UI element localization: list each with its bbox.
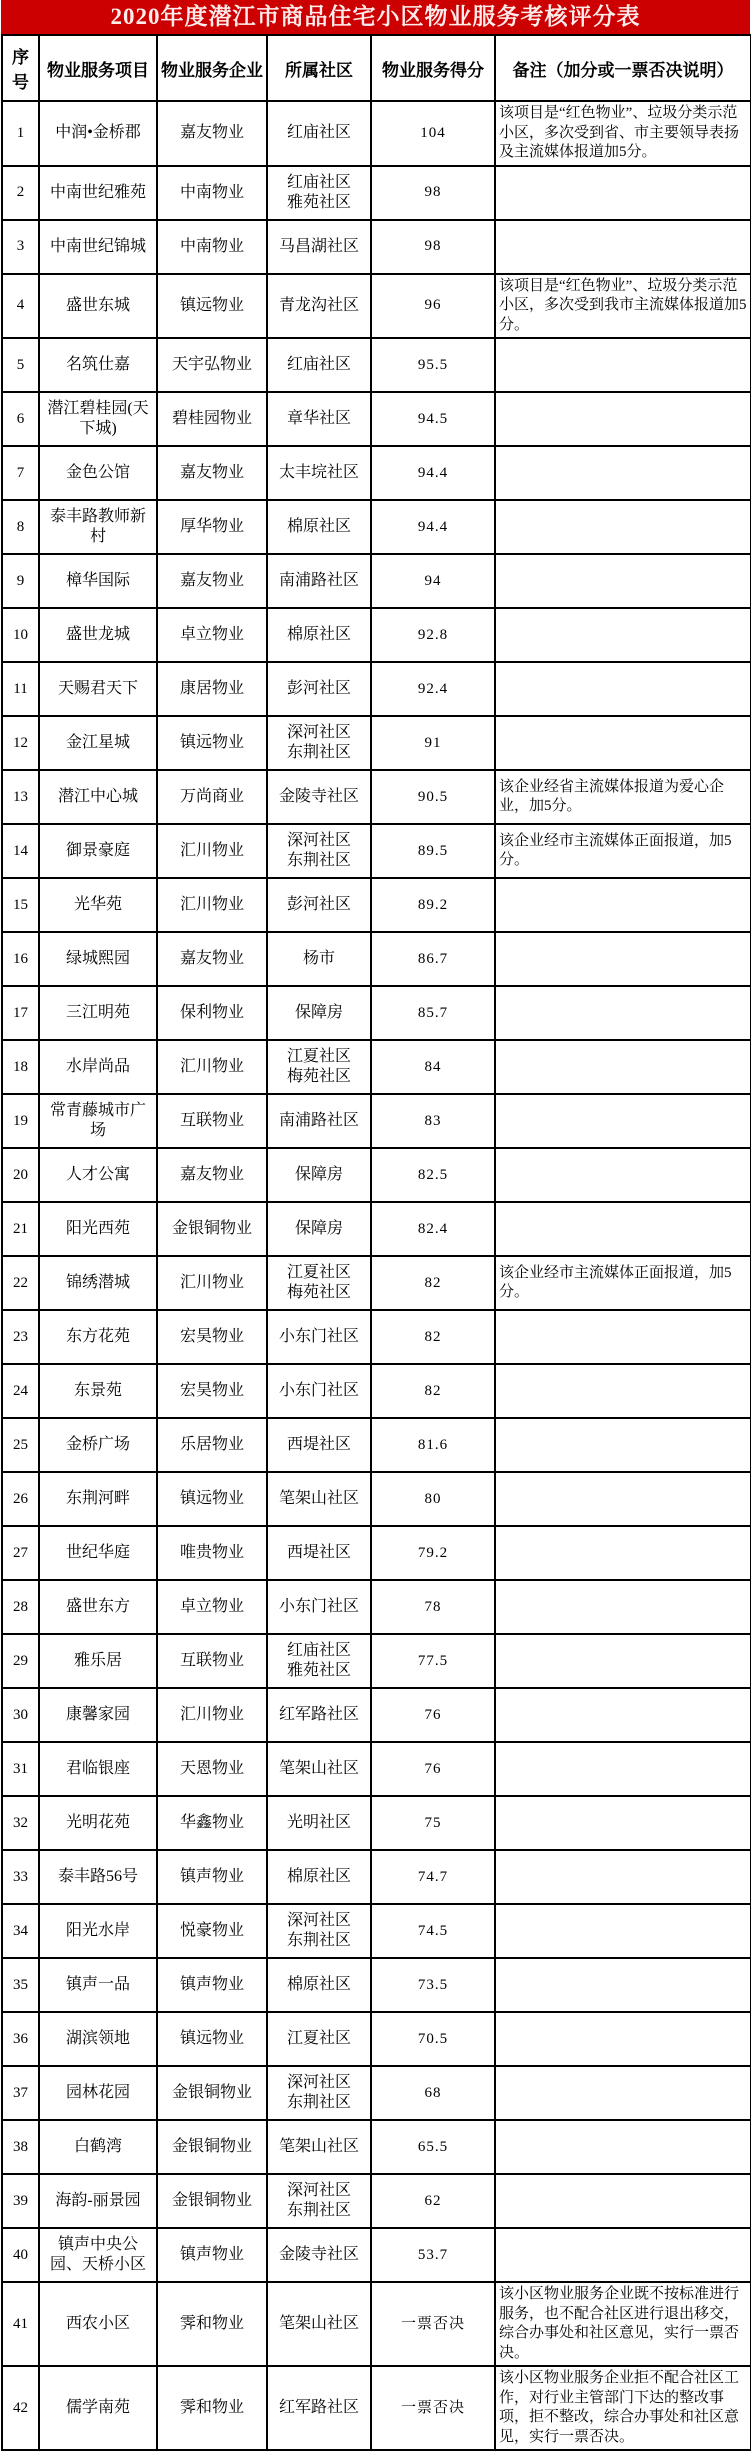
cell-project: 盛世东城 — [39, 274, 157, 339]
cell-community: 金陵寺社区 — [267, 770, 371, 824]
cell-seq: 18 — [2, 1040, 39, 1094]
table-row: 6 潜江碧桂园(天下城) 碧桂园物业 章华社区 94.5 — [2, 392, 751, 446]
cell-remark — [495, 1958, 751, 2012]
cell-remark — [495, 338, 751, 392]
cell-remark — [495, 1796, 751, 1850]
cell-company: 镇远物业 — [157, 274, 267, 339]
cell-company: 金银铜物业 — [157, 1202, 267, 1256]
cell-community: 笔架山社区 — [267, 1472, 371, 1526]
cell-seq: 14 — [2, 824, 39, 878]
table-row: 42 儒学南苑 霁和物业 红军路社区 一票否决 该小区物业服务企业拒不配合社区工… — [2, 2366, 751, 2450]
cell-score: 68 — [371, 2066, 495, 2120]
cell-company: 汇川物业 — [157, 878, 267, 932]
cell-community: 棉原社区 — [267, 1958, 371, 2012]
cell-company: 镇声物业 — [157, 1958, 267, 2012]
cell-remark — [495, 2120, 751, 2174]
table-row: 41 西农小区 霁和物业 笔架山社区 一票否决 该小区物业服务企业既不按标准进行… — [2, 2282, 751, 2366]
cell-company: 中南物业 — [157, 220, 267, 274]
cell-company: 保利物业 — [157, 986, 267, 1040]
cell-remark — [495, 662, 751, 716]
cell-remark — [495, 608, 751, 662]
cell-project: 儒学南苑 — [39, 2366, 157, 2450]
cell-seq: 22 — [2, 1256, 39, 1310]
cell-community: 西堤社区 — [267, 1526, 371, 1580]
cell-project: 泰丰路教师新村 — [39, 500, 157, 554]
cell-community: 马昌湖社区 — [267, 220, 371, 274]
cell-company: 宏昊物业 — [157, 1310, 267, 1364]
header-company: 物业服务企业 — [157, 35, 267, 101]
cell-project: 光明花苑 — [39, 1796, 157, 1850]
table-row: 27 世纪华庭 唯贵物业 西堤社区 79.2 — [2, 1526, 751, 1580]
table-row: 35 镇声一品 镇声物业 棉原社区 73.5 — [2, 1958, 751, 2012]
cell-score: 76 — [371, 1742, 495, 1796]
cell-company: 天宇弘物业 — [157, 338, 267, 392]
cell-project: 西农小区 — [39, 2282, 157, 2366]
cell-community: 红庙社区 雅苑社区 — [267, 1634, 371, 1688]
cell-score: 96 — [371, 274, 495, 339]
table-row: 36 湖滨领地 镇远物业 江夏社区 70.5 — [2, 2012, 751, 2066]
cell-seq: 8 — [2, 500, 39, 554]
cell-seq: 29 — [2, 1634, 39, 1688]
cell-seq: 39 — [2, 2174, 39, 2228]
cell-community: 红军路社区 — [267, 1688, 371, 1742]
cell-seq: 32 — [2, 1796, 39, 1850]
cell-company: 镇声物业 — [157, 2228, 267, 2282]
cell-company: 镇远物业 — [157, 716, 267, 770]
cell-score: 94.4 — [371, 500, 495, 554]
cell-remark — [495, 1634, 751, 1688]
cell-company: 嘉友物业 — [157, 101, 267, 166]
cell-score: 80 — [371, 1472, 495, 1526]
cell-score: 79.2 — [371, 1526, 495, 1580]
cell-project: 世纪华庭 — [39, 1526, 157, 1580]
cell-remark: 该企业经市主流媒体正面报道，加5分。 — [495, 1256, 751, 1310]
cell-seq: 10 — [2, 608, 39, 662]
cell-score: 74.5 — [371, 1904, 495, 1958]
cell-project: 康馨家园 — [39, 1688, 157, 1742]
cell-remark — [495, 1202, 751, 1256]
cell-remark — [495, 446, 751, 500]
table-row: 26 东荆河畔 镇远物业 笔架山社区 80 — [2, 1472, 751, 1526]
cell-remark — [495, 392, 751, 446]
cell-community: 杨市 — [267, 932, 371, 986]
cell-remark — [495, 1418, 751, 1472]
cell-seq: 2 — [2, 166, 39, 220]
cell-remark — [495, 1472, 751, 1526]
cell-remark — [495, 878, 751, 932]
cell-company: 汇川物业 — [157, 1256, 267, 1310]
cell-remark — [495, 1742, 751, 1796]
table-row: 14 御景豪庭 汇川物业 深河社区 东荆社区 89.5 该企业经市主流媒体正面报… — [2, 824, 751, 878]
table-row: 39 海韵-丽景园 金银铜物业 深河社区 东荆社区 62 — [2, 2174, 751, 2228]
cell-score: 104 — [371, 101, 495, 166]
cell-seq: 23 — [2, 1310, 39, 1364]
cell-community: 彭河社区 — [267, 878, 371, 932]
cell-score: 95.5 — [371, 338, 495, 392]
cell-company: 嘉友物业 — [157, 446, 267, 500]
table-row: 7 金色公馆 嘉友物业 太丰垸社区 94.4 — [2, 446, 751, 500]
header-remark: 备注（加分或一票否决说明） — [495, 35, 751, 101]
cell-seq: 33 — [2, 1850, 39, 1904]
table-row: 15 光华苑 汇川物业 彭河社区 89.2 — [2, 878, 751, 932]
cell-company: 霁和物业 — [157, 2366, 267, 2450]
table-row: 12 金江星城 镇远物业 深河社区 东荆社区 91 — [2, 716, 751, 770]
cell-company: 镇声物业 — [157, 1850, 267, 1904]
cell-community: 彭河社区 — [267, 662, 371, 716]
cell-score: 65.5 — [371, 2120, 495, 2174]
cell-seq: 34 — [2, 1904, 39, 1958]
table-row: 40 镇声中央公园、天桥小区 镇声物业 金陵寺社区 53.7 — [2, 2228, 751, 2282]
cell-project: 金色公馆 — [39, 446, 157, 500]
cell-project: 名筑仕嘉 — [39, 338, 157, 392]
cell-seq: 25 — [2, 1418, 39, 1472]
cell-project: 中润•金桥郡 — [39, 101, 157, 166]
cell-project: 中南世纪锦城 — [39, 220, 157, 274]
cell-community: 光明社区 — [267, 1796, 371, 1850]
table-row: 3 中南世纪锦城 中南物业 马昌湖社区 98 — [2, 220, 751, 274]
cell-score: 94.5 — [371, 392, 495, 446]
cell-project: 潜江中心城 — [39, 770, 157, 824]
cell-remark — [495, 1526, 751, 1580]
cell-remark — [495, 554, 751, 608]
cell-score: 82 — [371, 1364, 495, 1418]
cell-seq: 12 — [2, 716, 39, 770]
cell-project: 御景豪庭 — [39, 824, 157, 878]
cell-company: 中南物业 — [157, 166, 267, 220]
cell-community: 青龙沟社区 — [267, 274, 371, 339]
cell-project: 绿城熙园 — [39, 932, 157, 986]
cell-company: 厚华物业 — [157, 500, 267, 554]
table-row: 30 康馨家园 汇川物业 红军路社区 76 — [2, 1688, 751, 1742]
cell-community: 太丰垸社区 — [267, 446, 371, 500]
cell-company: 宏昊物业 — [157, 1364, 267, 1418]
cell-project: 海韵-丽景园 — [39, 2174, 157, 2228]
cell-seq: 19 — [2, 1094, 39, 1148]
cell-seq: 9 — [2, 554, 39, 608]
cell-project: 东荆河畔 — [39, 1472, 157, 1526]
cell-company: 康居物业 — [157, 662, 267, 716]
cell-score: 81.6 — [371, 1418, 495, 1472]
header-score: 物业服务得分 — [371, 35, 495, 101]
cell-company: 卓立物业 — [157, 608, 267, 662]
cell-score: 83 — [371, 1094, 495, 1148]
table-row: 20 人才公寓 嘉友物业 保障房 82.5 — [2, 1148, 751, 1202]
cell-seq: 36 — [2, 2012, 39, 2066]
cell-score: 53.7 — [371, 2228, 495, 2282]
cell-project: 雅乐居 — [39, 1634, 157, 1688]
cell-community: 红庙社区 — [267, 101, 371, 166]
header-seq: 序号 — [2, 35, 39, 101]
cell-community: 保障房 — [267, 1148, 371, 1202]
cell-remark: 该企业经市主流媒体正面报道，加5分。 — [495, 824, 751, 878]
cell-community: 深河社区 东荆社区 — [267, 2174, 371, 2228]
cell-project: 人才公寓 — [39, 1148, 157, 1202]
cell-seq: 40 — [2, 2228, 39, 2282]
cell-community: 深河社区 东荆社区 — [267, 2066, 371, 2120]
cell-score: 85.7 — [371, 986, 495, 1040]
cell-remark — [495, 1580, 751, 1634]
cell-community: 笔架山社区 — [267, 2120, 371, 2174]
cell-remark: 该小区物业服务企业既不按标准进行服务，也不配合社区进行退出移交，综合办事处和社区… — [495, 2282, 751, 2366]
cell-seq: 11 — [2, 662, 39, 716]
cell-seq: 21 — [2, 1202, 39, 1256]
cell-community: 章华社区 — [267, 392, 371, 446]
table-row: 29 雅乐居 互联物业 红庙社区 雅苑社区 77.5 — [2, 1634, 751, 1688]
cell-remark: 该项目是“红色物业”、垃圾分类示范小区，多次受到省、市主要领导表扬及主流媒体报道… — [495, 101, 751, 166]
cell-remark — [495, 1850, 751, 1904]
cell-project: 泰丰路56号 — [39, 1850, 157, 1904]
cell-project: 园林花园 — [39, 2066, 157, 2120]
cell-community: 棉原社区 — [267, 500, 371, 554]
cell-score: 82.5 — [371, 1148, 495, 1202]
cell-seq: 6 — [2, 392, 39, 446]
cell-project: 樟华国际 — [39, 554, 157, 608]
cell-project: 阳光西苑 — [39, 1202, 157, 1256]
cell-community: 小东门社区 — [267, 1580, 371, 1634]
cell-project: 常青藤城市广场 — [39, 1094, 157, 1148]
header-community: 所属社区 — [267, 35, 371, 101]
table-row: 28 盛世东方 卓立物业 小东门社区 78 — [2, 1580, 751, 1634]
table-row: 32 光明花苑 华鑫物业 光明社区 75 — [2, 1796, 751, 1850]
header-project: 物业服务项目 — [39, 35, 157, 101]
table-row: 25 金桥广场 乐居物业 西堤社区 81.6 — [2, 1418, 751, 1472]
cell-seq: 3 — [2, 220, 39, 274]
cell-seq: 41 — [2, 2282, 39, 2366]
cell-score: 82 — [371, 1310, 495, 1364]
cell-community: 深河社区 东荆社区 — [267, 1904, 371, 1958]
cell-project: 君临银座 — [39, 1742, 157, 1796]
cell-remark — [495, 1148, 751, 1202]
cell-remark — [495, 2066, 751, 2120]
cell-score: 82 — [371, 1256, 495, 1310]
cell-project: 中南世纪雅苑 — [39, 166, 157, 220]
cell-community: 深河社区 东荆社区 — [267, 716, 371, 770]
cell-remark: 该项目是“红色物业”、垃圾分类示范小区，多次受到我市主流媒体报道加5分。 — [495, 274, 751, 339]
cell-community: 棉原社区 — [267, 1850, 371, 1904]
cell-project: 东景苑 — [39, 1364, 157, 1418]
cell-company: 镇远物业 — [157, 1472, 267, 1526]
cell-remark — [495, 1040, 751, 1094]
table-row: 34 阳光水岸 悦豪物业 深河社区 东荆社区 74.5 — [2, 1904, 751, 1958]
cell-seq: 13 — [2, 770, 39, 824]
cell-seq: 16 — [2, 932, 39, 986]
document-page: 2020年度潜江市商品住宅小区物业服务考核评分表 序号 物业服务项目 物业服务企… — [0, 0, 751, 2451]
header-row: 序号 物业服务项目 物业服务企业 所属社区 物业服务得分 备注（加分或一票否决说… — [2, 35, 751, 101]
table-row: 18 水岸尚品 汇川物业 江夏社区 梅苑社区 84 — [2, 1040, 751, 1094]
cell-project: 盛世龙城 — [39, 608, 157, 662]
table-row: 10 盛世龙城 卓立物业 棉原社区 92.8 — [2, 608, 751, 662]
cell-seq: 15 — [2, 878, 39, 932]
cell-score: 89.2 — [371, 878, 495, 932]
table-row: 33 泰丰路56号 镇声物业 棉原社区 74.7 — [2, 1850, 751, 1904]
cell-project: 盛世东方 — [39, 1580, 157, 1634]
cell-company: 嘉友物业 — [157, 932, 267, 986]
cell-seq: 5 — [2, 338, 39, 392]
cell-seq: 42 — [2, 2366, 39, 2450]
cell-score: 78 — [371, 1580, 495, 1634]
cell-remark: 该小区物业服务企业拒不配合社区工作，对行业主管部门下达的整改事项，拒不整改，综合… — [495, 2366, 751, 2450]
table-row: 17 三江明苑 保利物业 保障房 85.7 — [2, 986, 751, 1040]
cell-company: 汇川物业 — [157, 824, 267, 878]
cell-company: 卓立物业 — [157, 1580, 267, 1634]
cell-community: 红军路社区 — [267, 2366, 371, 2450]
score-table: 序号 物业服务项目 物业服务企业 所属社区 物业服务得分 备注（加分或一票否决说… — [1, 34, 751, 2451]
cell-project: 锦绣潜城 — [39, 1256, 157, 1310]
cell-company: 金银铜物业 — [157, 2174, 267, 2228]
table-row: 22 锦绣潜城 汇川物业 江夏社区 梅苑社区 82 该企业经市主流媒体正面报道，… — [2, 1256, 751, 1310]
cell-company: 悦豪物业 — [157, 1904, 267, 1958]
cell-community: 保障房 — [267, 986, 371, 1040]
table-row: 5 名筑仕嘉 天宇弘物业 红庙社区 95.5 — [2, 338, 751, 392]
cell-company: 镇远物业 — [157, 2012, 267, 2066]
cell-score: 70.5 — [371, 2012, 495, 2066]
table-row: 31 君临银座 天恩物业 笔架山社区 76 — [2, 1742, 751, 1796]
cell-company: 互联物业 — [157, 1634, 267, 1688]
cell-remark — [495, 932, 751, 986]
cell-company: 汇川物业 — [157, 1040, 267, 1094]
cell-company: 金银铜物业 — [157, 2066, 267, 2120]
cell-company: 霁和物业 — [157, 2282, 267, 2366]
cell-remark — [495, 986, 751, 1040]
cell-remark — [495, 1364, 751, 1418]
table-row: 13 潜江中心城 万尚商业 金陵寺社区 90.5 该企业经省主流媒体报道为爱心企… — [2, 770, 751, 824]
table-row: 11 天赐君天下 康居物业 彭河社区 92.4 — [2, 662, 751, 716]
cell-score: 90.5 — [371, 770, 495, 824]
cell-company: 华鑫物业 — [157, 1796, 267, 1850]
cell-community: 西堤社区 — [267, 1418, 371, 1472]
cell-remark — [495, 2174, 751, 2228]
cell-score: 86.7 — [371, 932, 495, 986]
table-row: 4 盛世东城 镇远物业 青龙沟社区 96 该项目是“红色物业”、垃圾分类示范小区… — [2, 274, 751, 339]
cell-remark — [495, 166, 751, 220]
cell-project: 水岸尚品 — [39, 1040, 157, 1094]
cell-community: 红庙社区 雅苑社区 — [267, 166, 371, 220]
cell-score: 98 — [371, 166, 495, 220]
cell-seq: 35 — [2, 1958, 39, 2012]
cell-project: 白鹤湾 — [39, 2120, 157, 2174]
table-row: 37 园林花园 金银铜物业 深河社区 东荆社区 68 — [2, 2066, 751, 2120]
cell-community: 深河社区 东荆社区 — [267, 824, 371, 878]
cell-company: 嘉友物业 — [157, 1148, 267, 1202]
cell-remark — [495, 1310, 751, 1364]
cell-community: 江夏社区 梅苑社区 — [267, 1256, 371, 1310]
cell-remark: 该企业经省主流媒体报道为爱心企业，加5分。 — [495, 770, 751, 824]
cell-score: 91 — [371, 716, 495, 770]
table-row: 8 泰丰路教师新村 厚华物业 棉原社区 94.4 — [2, 500, 751, 554]
cell-seq: 26 — [2, 1472, 39, 1526]
cell-remark — [495, 1688, 751, 1742]
cell-seq: 27 — [2, 1526, 39, 1580]
cell-company: 乐居物业 — [157, 1418, 267, 1472]
table-row: 2 中南世纪雅苑 中南物业 红庙社区 雅苑社区 98 — [2, 166, 751, 220]
cell-project: 东方花苑 — [39, 1310, 157, 1364]
cell-company: 万尚商业 — [157, 770, 267, 824]
document-title: 2020年度潜江市商品住宅小区物业服务考核评分表 — [1, 0, 750, 34]
cell-company: 金银铜物业 — [157, 2120, 267, 2174]
table-row: 9 樟华国际 嘉友物业 南浦路社区 94 — [2, 554, 751, 608]
cell-company: 唯贵物业 — [157, 1526, 267, 1580]
cell-seq: 28 — [2, 1580, 39, 1634]
cell-project: 镇声一品 — [39, 1958, 157, 2012]
table-row: 23 东方花苑 宏昊物业 小东门社区 82 — [2, 1310, 751, 1364]
cell-remark — [495, 2012, 751, 2066]
cell-score: 89.5 — [371, 824, 495, 878]
cell-seq: 1 — [2, 101, 39, 166]
cell-seq: 7 — [2, 446, 39, 500]
cell-project: 天赐君天下 — [39, 662, 157, 716]
cell-project: 金江星城 — [39, 716, 157, 770]
cell-seq: 37 — [2, 2066, 39, 2120]
cell-project: 光华苑 — [39, 878, 157, 932]
table-row: 21 阳光西苑 金银铜物业 保障房 82.4 — [2, 1202, 751, 1256]
cell-community: 南浦路社区 — [267, 1094, 371, 1148]
cell-seq: 38 — [2, 2120, 39, 2174]
table-header: 序号 物业服务项目 物业服务企业 所属社区 物业服务得分 备注（加分或一票否决说… — [2, 35, 751, 101]
cell-seq: 4 — [2, 274, 39, 339]
cell-project: 三江明苑 — [39, 986, 157, 1040]
cell-company: 碧桂园物业 — [157, 392, 267, 446]
cell-seq: 24 — [2, 1364, 39, 1418]
cell-score: 98 — [371, 220, 495, 274]
cell-community: 江夏社区 梅苑社区 — [267, 1040, 371, 1094]
table-row: 19 常青藤城市广场 互联物业 南浦路社区 83 — [2, 1094, 751, 1148]
table-row: 24 东景苑 宏昊物业 小东门社区 82 — [2, 1364, 751, 1418]
cell-community: 笔架山社区 — [267, 2282, 371, 2366]
cell-score: 76 — [371, 1688, 495, 1742]
cell-seq: 20 — [2, 1148, 39, 1202]
cell-score: 一票否决 — [371, 2366, 495, 2450]
table-row: 16 绿城熙园 嘉友物业 杨市 86.7 — [2, 932, 751, 986]
cell-score: 62 — [371, 2174, 495, 2228]
cell-community: 棉原社区 — [267, 608, 371, 662]
cell-company: 天恩物业 — [157, 1742, 267, 1796]
table-row: 1 中润•金桥郡 嘉友物业 红庙社区 104 该项目是“红色物业”、垃圾分类示范… — [2, 101, 751, 166]
cell-score: 75 — [371, 1796, 495, 1850]
cell-remark — [495, 1904, 751, 1958]
cell-community: 小东门社区 — [267, 1310, 371, 1364]
cell-community: 江夏社区 — [267, 2012, 371, 2066]
cell-project: 阳光水岸 — [39, 1904, 157, 1958]
cell-remark — [495, 2228, 751, 2282]
cell-remark — [495, 500, 751, 554]
cell-company: 互联物业 — [157, 1094, 267, 1148]
cell-company: 汇川物业 — [157, 1688, 267, 1742]
cell-seq: 17 — [2, 986, 39, 1040]
table-row: 38 白鹤湾 金银铜物业 笔架山社区 65.5 — [2, 2120, 751, 2174]
cell-company: 嘉友物业 — [157, 554, 267, 608]
cell-score: 一票否决 — [371, 2282, 495, 2366]
cell-project: 金桥广场 — [39, 1418, 157, 1472]
cell-community: 小东门社区 — [267, 1364, 371, 1418]
cell-project: 镇声中央公园、天桥小区 — [39, 2228, 157, 2282]
cell-score: 74.7 — [371, 1850, 495, 1904]
cell-community: 保障房 — [267, 1202, 371, 1256]
cell-project: 潜江碧桂园(天下城) — [39, 392, 157, 446]
cell-score: 73.5 — [371, 1958, 495, 2012]
cell-community: 笔架山社区 — [267, 1742, 371, 1796]
cell-community: 南浦路社区 — [267, 554, 371, 608]
cell-remark — [495, 1094, 751, 1148]
cell-remark — [495, 220, 751, 274]
cell-score: 94.4 — [371, 446, 495, 500]
cell-score: 94 — [371, 554, 495, 608]
cell-project: 湖滨领地 — [39, 2012, 157, 2066]
cell-score: 82.4 — [371, 1202, 495, 1256]
cell-community: 金陵寺社区 — [267, 2228, 371, 2282]
cell-score: 84 — [371, 1040, 495, 1094]
table-body: 1 中润•金桥郡 嘉友物业 红庙社区 104 该项目是“红色物业”、垃圾分类示范… — [2, 101, 751, 2450]
cell-score: 77.5 — [371, 1634, 495, 1688]
